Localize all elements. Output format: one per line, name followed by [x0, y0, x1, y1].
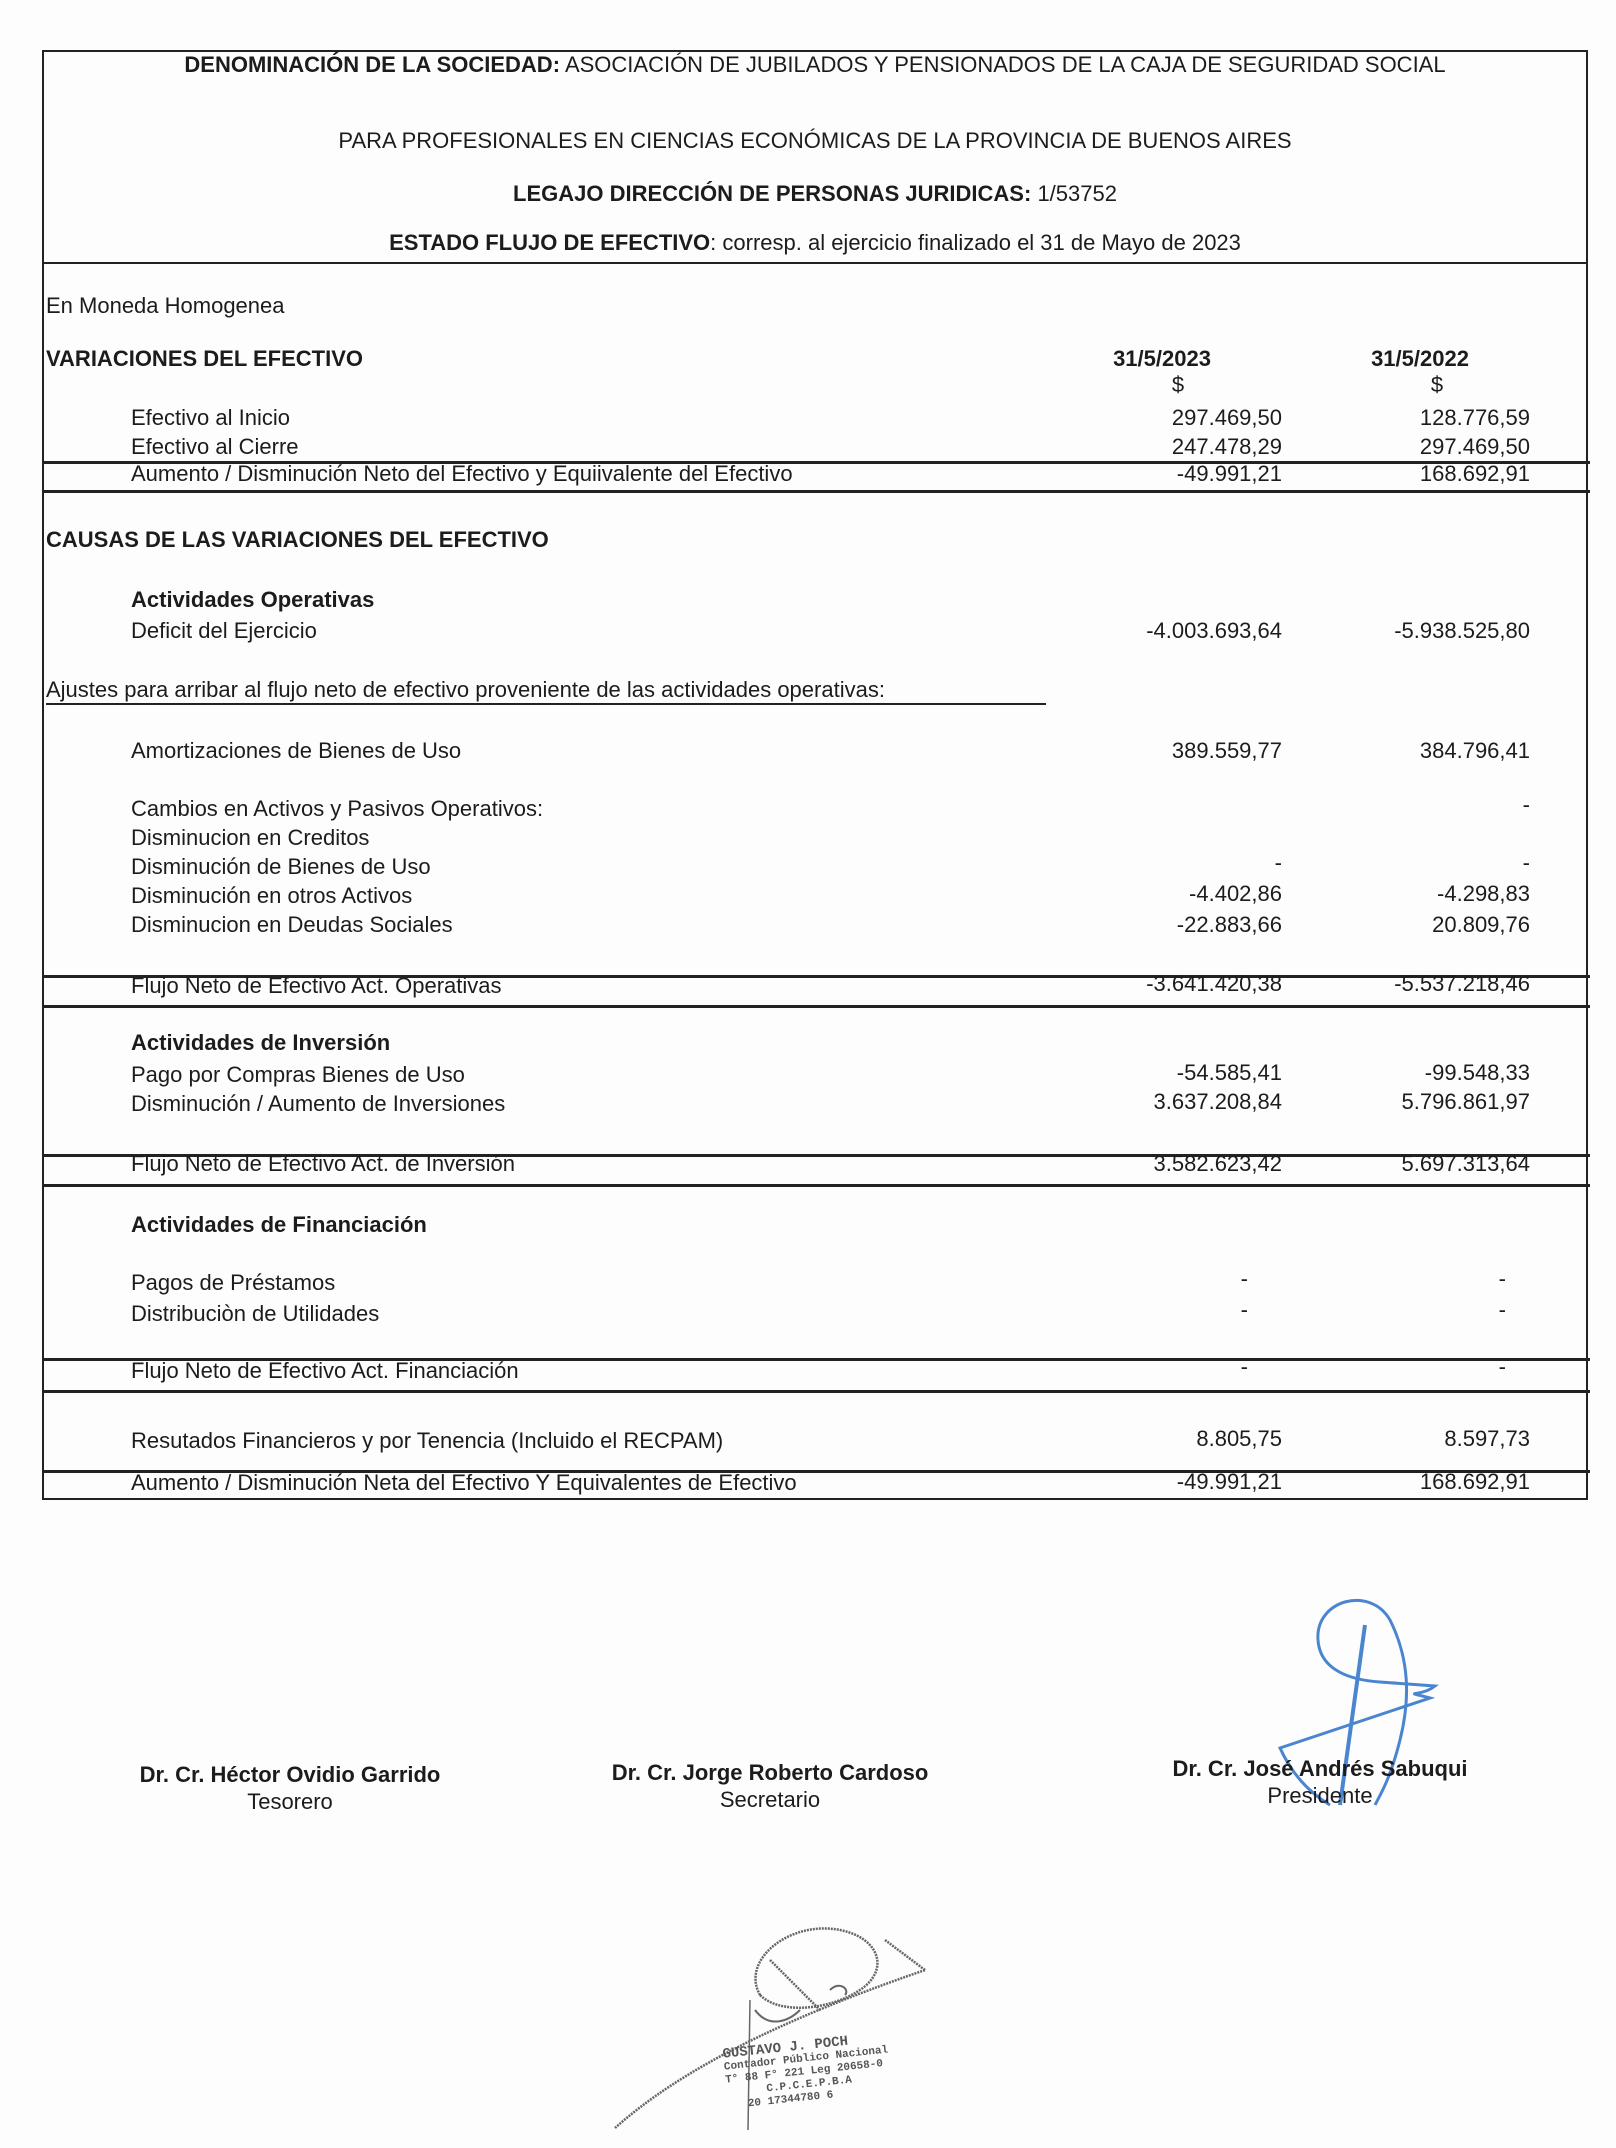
legajo-label: LEGAJO DIRECCIÓN DE PERSONAS JURIDICAS: [513, 181, 1031, 206]
denominacion-line1: DENOMINACIÓN DE LA SOCIEDAD: ASOCIACIÓN … [42, 52, 1588, 78]
row-value-2023: -4.003.693,64 [1082, 618, 1282, 644]
total-value-2022: 168.692,91 [1330, 461, 1530, 487]
row-value-2023: - [1082, 850, 1282, 876]
divider [42, 1184, 1590, 1187]
legajo-value: 1/53752 [1037, 181, 1117, 206]
cambios-label: Cambios en Activos y Pasivos Operativos: [131, 796, 543, 822]
row-label: Disminución / Aumento de Inversiones [131, 1091, 505, 1117]
col-2022-currency: $ [1337, 372, 1537, 398]
total-value-2022: 5.697.313,64 [1330, 1151, 1530, 1177]
moneda-label: En Moneda Homogenea [46, 293, 285, 319]
total-value-2022: - [1306, 1354, 1506, 1380]
signatory-role: Presidente [1130, 1783, 1510, 1809]
signatory-role: Secretario [580, 1787, 960, 1813]
row-label: Distribuciòn de Utilidades [131, 1301, 379, 1327]
row-value-2023: -22.883,66 [1082, 912, 1282, 938]
row-label: Deficit del Ejercicio [131, 618, 317, 644]
row-value-2022: - [1306, 1297, 1506, 1323]
total-label: Flujo Neto de Efectivo Act. Financiación [131, 1358, 519, 1384]
signatory-name: Dr. Cr. Jorge Roberto Cardoso [580, 1760, 960, 1786]
row-label: Disminucion en Deudas Sociales [131, 912, 453, 938]
resultados-value-2023: 8.805,75 [1082, 1426, 1282, 1452]
inversion-title: Actividades de Inversión [131, 1030, 390, 1056]
signatory-name: Dr. Cr. Héctor Ovidio Garrido [100, 1762, 480, 1788]
row-value-2022: - [1330, 850, 1530, 876]
row-value-2023: 297.469,50 [1082, 405, 1282, 431]
row-value-2023: 247.478,29 [1082, 434, 1282, 460]
grand-total-value-2023: -49.991,21 [1082, 1469, 1282, 1495]
estado-value: : corresp. al ejercicio finalizado el 31… [710, 230, 1241, 255]
signatory-name: Dr. Cr. José Andrés Sabuqui [1130, 1756, 1510, 1782]
row-value-2022: -5.938.525,80 [1330, 618, 1530, 644]
row-label: Disminución de Bienes de Uso [131, 854, 431, 880]
total-value-2023: -49.991,21 [1082, 461, 1282, 487]
operativas-title: Actividades Operativas [131, 587, 374, 613]
row-value-2022: -99.548,33 [1330, 1060, 1530, 1086]
row-value-2023: -54.585,41 [1082, 1060, 1282, 1086]
row-label: Amortizaciones de Bienes de Uso [131, 738, 461, 764]
row-label: Efectivo al Inicio [131, 405, 290, 431]
grand-total-label: Aumento / Disminución Neta del Efectivo … [131, 1470, 797, 1496]
signatory-role: Tesorero [100, 1789, 480, 1815]
grand-total-value-2022: 168.692,91 [1330, 1469, 1530, 1495]
total-value-2023: - [1048, 1354, 1248, 1380]
row-value-2022: - [1306, 1266, 1506, 1292]
row-label: Disminucion en Creditos [131, 825, 369, 851]
denominacion-value: ASOCIACIÓN DE JUBILADOS Y PENSIONADOS DE… [565, 52, 1446, 77]
row-value-2022: 5.796.861,97 [1330, 1089, 1530, 1115]
divider [42, 1005, 1590, 1008]
resultados-value-2022: 8.597,73 [1330, 1426, 1530, 1452]
row-label: Pagos de Préstamos [131, 1270, 335, 1296]
total-value-2022: -5.537.218,46 [1330, 971, 1530, 997]
divider [42, 1390, 1590, 1393]
causas-title: CAUSAS DE LAS VARIACIONES DEL EFECTIVO [46, 527, 549, 553]
denominacion-label: DENOMINACIÓN DE LA SOCIEDAD: [184, 52, 560, 77]
legajo: LEGAJO DIRECCIÓN DE PERSONAS JURIDICAS: … [42, 181, 1588, 207]
total-value-2023: 3.582.623,42 [1082, 1151, 1282, 1177]
total-label: Flujo Neto de Efectivo Act. Operativas [131, 973, 502, 999]
row-label: Disminución en otros Activos [131, 883, 412, 909]
ajustes-label: Ajustes para arribar al flujo neto de ef… [46, 677, 885, 703]
col-2023-currency: $ [1078, 372, 1278, 398]
row-value-2022: 384.796,41 [1330, 738, 1530, 764]
row-value-2022: 297.469,50 [1330, 434, 1530, 460]
col-2023-date: 31/5/2023 [1062, 346, 1262, 372]
row-value-2022: - [1330, 792, 1530, 818]
row-label: Efectivo al Cierre [131, 434, 299, 460]
row-value-2023: -4.402,86 [1082, 881, 1282, 907]
row-value-2023: 3.637.208,84 [1082, 1089, 1282, 1115]
estado-label: ESTADO FLUJO DE EFECTIVO [389, 230, 710, 255]
divider [42, 490, 1590, 493]
resultados-label: Resutados Financieros y por Tenencia (In… [131, 1428, 723, 1454]
total-label: Aumento / Disminución Neto del Efectivo … [131, 461, 793, 487]
row-value-2022: 128.776,59 [1330, 405, 1530, 431]
row-value-2023: - [1048, 1266, 1248, 1292]
row-value-2022: -4.298,83 [1330, 881, 1530, 907]
variaciones-title: VARIACIONES DEL EFECTIVO [46, 346, 363, 372]
row-value-2022: 20.809,76 [1330, 912, 1530, 938]
estado-title: ESTADO FLUJO DE EFECTIVO: corresp. al ej… [42, 230, 1588, 256]
denominacion-line2: PARA PROFESIONALES EN CIENCIAS ECONÓMICA… [42, 128, 1588, 154]
total-label: Flujo Neto de Efectivo Act. de Inversión [131, 1151, 515, 1177]
ajustes-underline [46, 703, 1046, 705]
col-2022-date: 31/5/2022 [1320, 346, 1520, 372]
row-value-2023: - [1048, 1297, 1248, 1323]
financiacion-title: Actividades de Financiación [131, 1212, 427, 1238]
row-value-2023: 389.559,77 [1082, 738, 1282, 764]
row-label: Pago por Compras Bienes de Uso [131, 1062, 465, 1088]
total-value-2023: -3.641.420,38 [1082, 971, 1282, 997]
